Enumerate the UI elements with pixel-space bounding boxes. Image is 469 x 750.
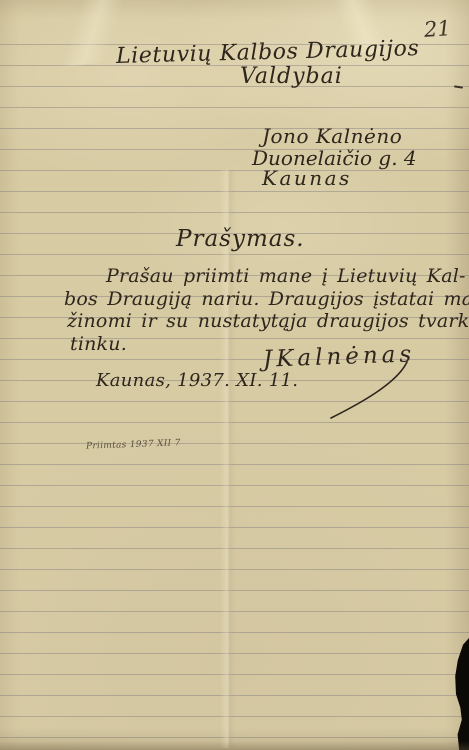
body-text-line-1: Prašau priimti mane į Lietuvių Kal- <box>106 266 466 288</box>
sender-city: Kaunas <box>262 167 352 190</box>
page-number: 21 <box>423 16 451 42</box>
body-text-line-4: tinku. <box>70 334 127 356</box>
recipient-line-2: Valdybai <box>240 64 343 89</box>
date-line: Kaunas, 1937. XI. 11. <box>96 371 298 392</box>
body-text-line-3: žinomi ir su nustatytąja draugijos tvark… <box>67 311 469 333</box>
bottom-edge-shadow <box>0 741 469 750</box>
lined-paper-sheet: 21 Lietuvių Kalbos Draugijos Valdybai Jo… <box>0 0 469 750</box>
ink-dash-mark <box>454 85 463 88</box>
sender-name: Jono Kalnėno <box>262 125 402 148</box>
torn-paper-edge <box>454 638 469 750</box>
received-annotation: Priimtas 1937 XII 7 <box>86 438 181 452</box>
signature-flourish <box>323 355 415 425</box>
paper-fold-vertical <box>220 170 236 748</box>
body-text-line-2: bos Draugiją nariu. Draugijos įstatai ma… <box>64 289 469 311</box>
document-title: Prašymas. <box>176 226 305 252</box>
signature-flourish-stroke <box>331 362 407 418</box>
